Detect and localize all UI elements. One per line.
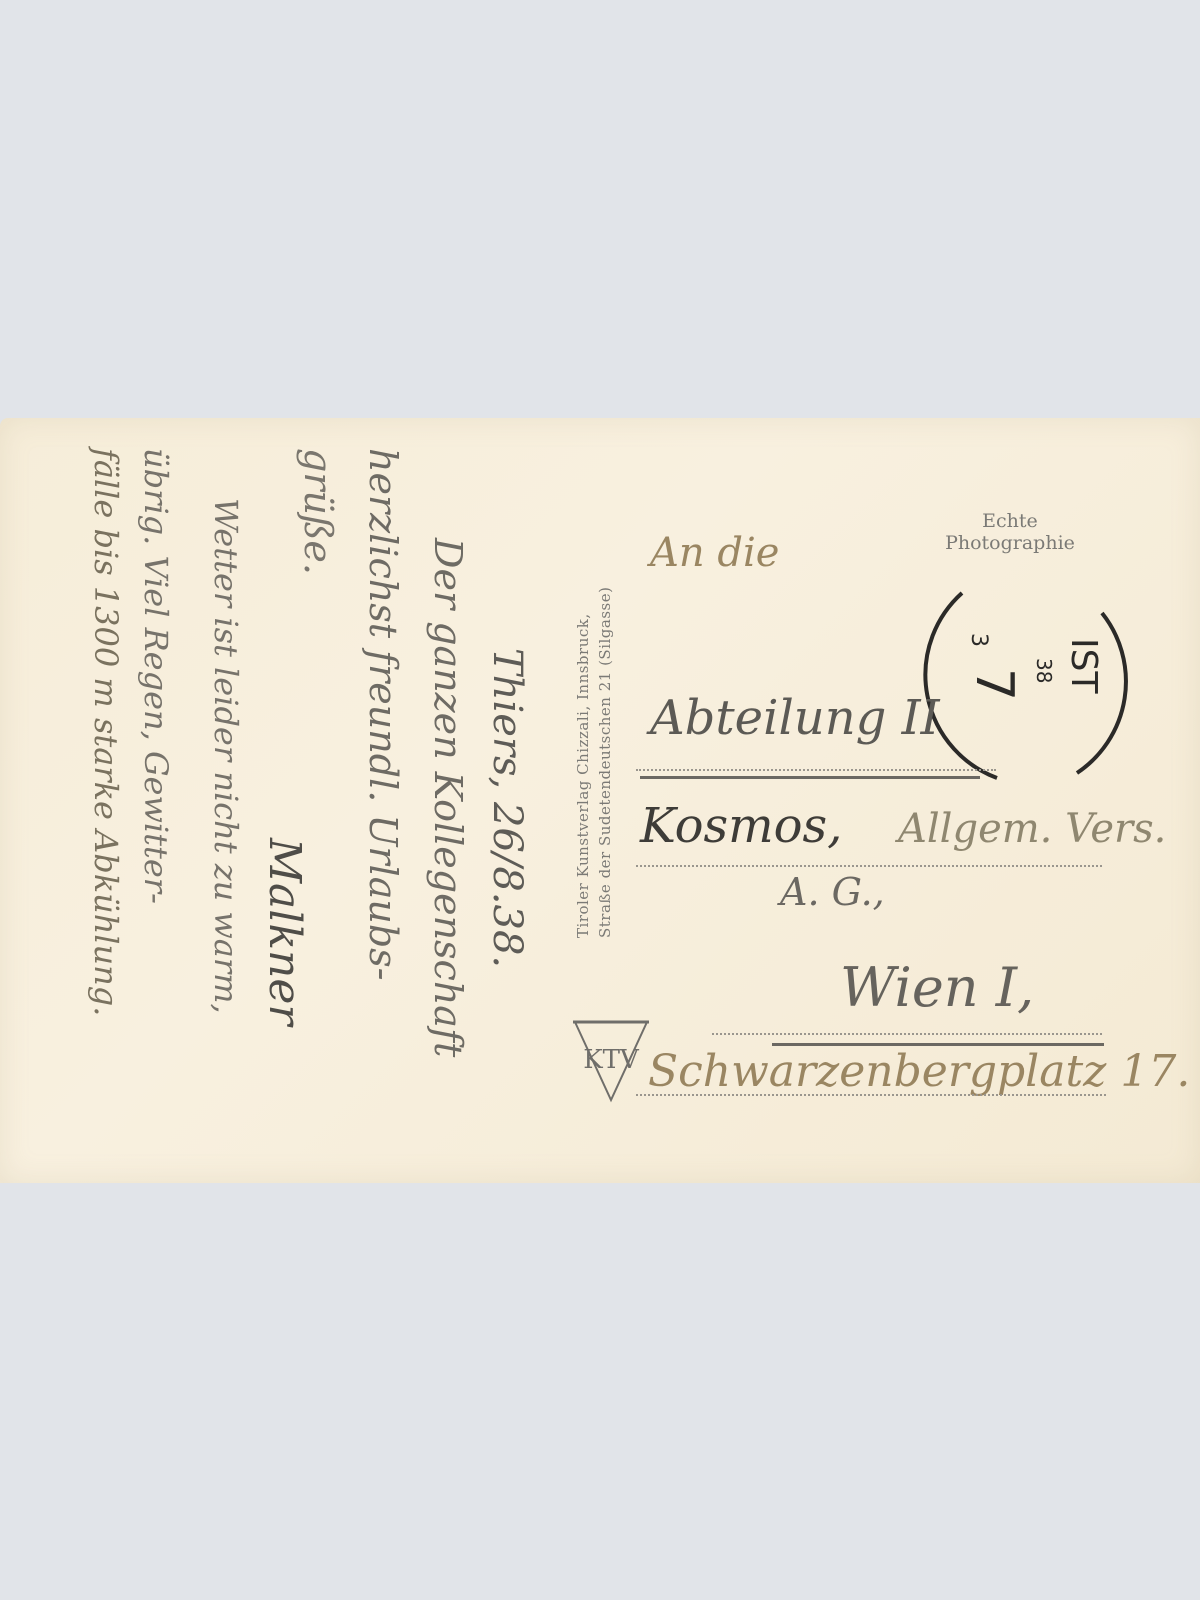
logo-text: KTV (583, 1045, 640, 1075)
postmark-text-2: 7 (964, 668, 1024, 701)
postcard: Echte Photographie Tiroler Kunstverlag C… (0, 418, 1200, 1183)
postmark-text-4: IST (1063, 638, 1104, 694)
address-dotted-line-3 (712, 1033, 1102, 1035)
echte-label: Echte (905, 510, 1115, 532)
publisher-imprint: Tiroler Kunstverlag Chizzali, Innsbruck,… (572, 587, 616, 938)
message-dateline: Thiers, 26/8.38. (484, 648, 530, 968)
address-dotted-line-4 (636, 1094, 1106, 1096)
message-ps-line-3: fälle bis 1300 m starke Abkühlung. (87, 448, 125, 1016)
address-line-1: Abteilung II (650, 690, 940, 746)
address-line-4: Wien I, (840, 956, 1034, 1019)
publisher-logo-icon: KTV (573, 1014, 649, 1104)
message-ps-line-2: übrig. Viel Regen, Gewitter- (137, 448, 175, 904)
address-line-2-rest: Allgem. Vers. (898, 806, 1166, 852)
message-ps-line-1: Wetter ist leider nicht zu warm, (207, 498, 245, 1014)
publisher-line-1: Tiroler Kunstverlag Chizzali, Innsbruck, (572, 587, 594, 938)
address-line-3: A. G., (780, 870, 885, 914)
message-column-2: herzlichst freundl. Urlaubs- (361, 448, 405, 981)
address-line-2-name: Kosmos, (640, 798, 842, 854)
postmark-text-3: 38 (1032, 658, 1056, 683)
address-underline-1 (640, 776, 980, 779)
photographie-label: Photographie (905, 532, 1115, 554)
printed-header: Echte Photographie (905, 510, 1115, 554)
message-column-3: grüße. (296, 448, 340, 575)
address-dotted-line-2 (636, 865, 1102, 867)
publisher-line-2: Straße der Sudetendeutschen 21 (Silgasse… (594, 587, 616, 938)
postmark-text-1: 3 (966, 633, 991, 647)
address-salutation: An die (650, 530, 779, 576)
message-signature: Malkner (259, 838, 310, 1025)
address-dotted-line-1 (636, 769, 996, 771)
address-line-5: Schwarzenbergplatz 17. (648, 1046, 1190, 1097)
message-column-1: Der ganzen Kollegenschaft (426, 538, 470, 1057)
